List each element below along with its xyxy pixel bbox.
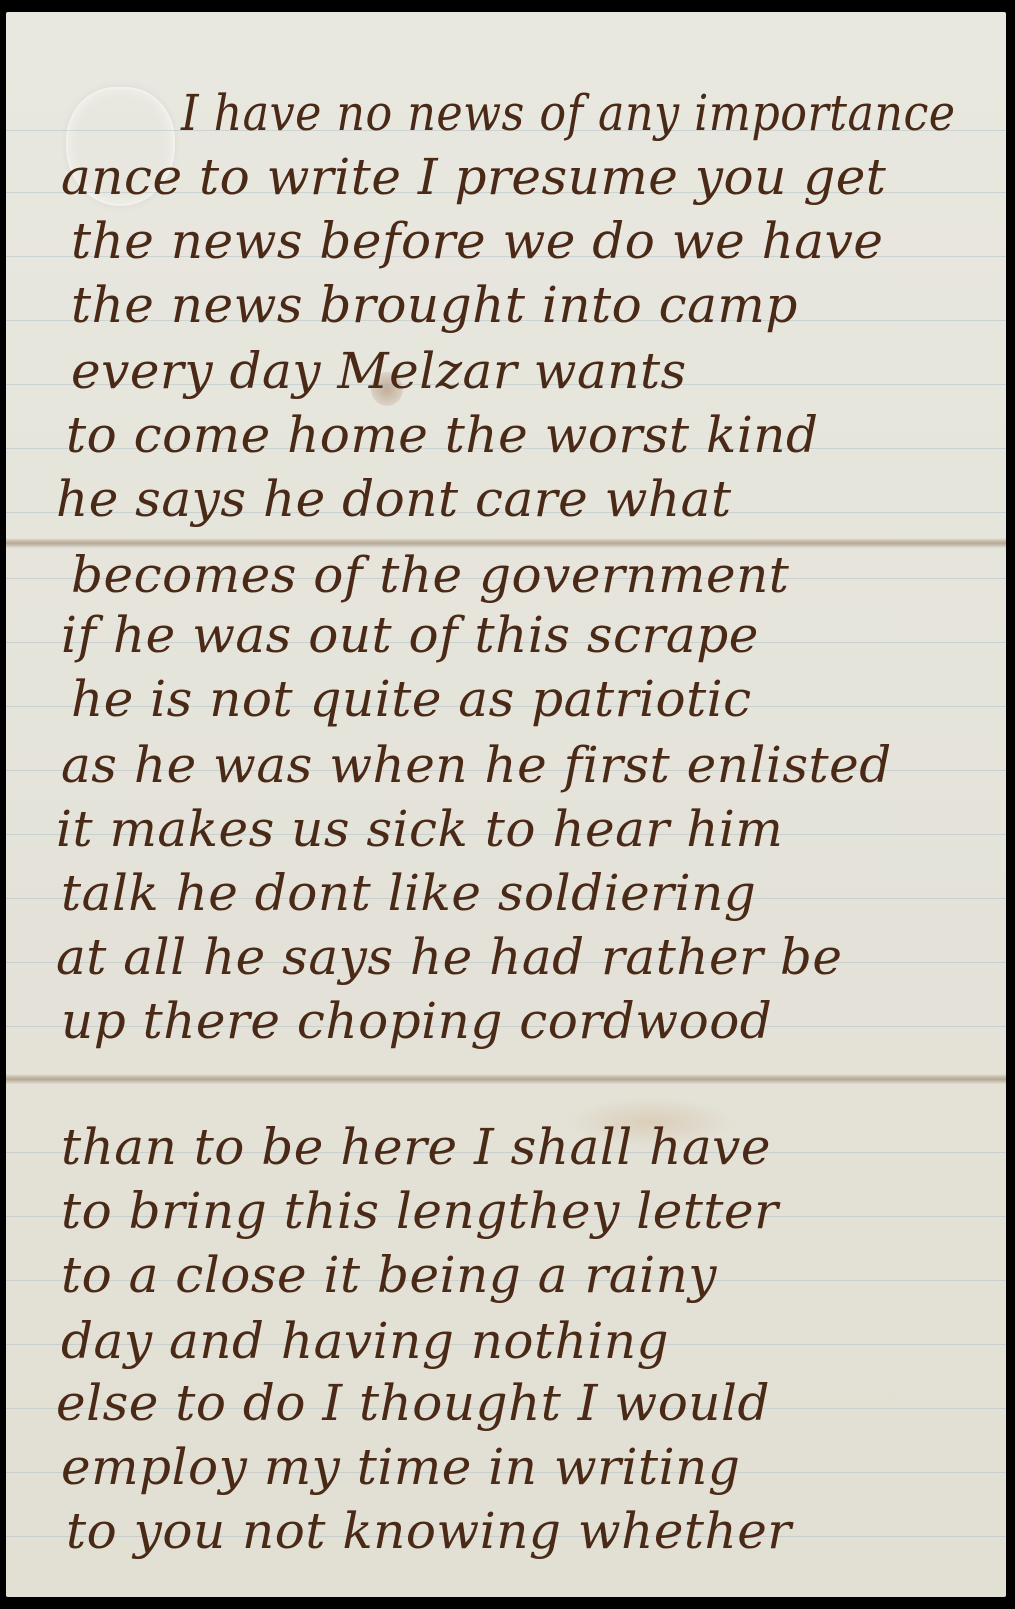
text-line: he is not quite as patriotic	[71, 674, 752, 724]
text-line: to you not knowing whether	[66, 1506, 792, 1556]
text-line: the news brought into camp	[71, 280, 798, 330]
text-line: if he was out of this scrape	[61, 610, 759, 660]
text-line: becomes of the government	[71, 550, 789, 600]
text-line: every day Melzar wants	[71, 346, 687, 396]
text-line: ance to write I presume you get	[61, 152, 886, 202]
text-line: talk he dont like soldiering	[61, 868, 756, 918]
text-line: than to be here I shall have	[61, 1122, 771, 1172]
text-line: it makes us sick to hear him	[56, 804, 783, 854]
text-line: he says he dont care what	[56, 474, 732, 524]
text-line: to bring this lengthey letter	[61, 1186, 779, 1236]
text-line: to a close it being a rainy	[61, 1250, 717, 1300]
text-line: at all he says he had rather be	[56, 932, 843, 982]
text-line: day and having nothing	[61, 1316, 669, 1366]
text-line: else to do I thought I would	[56, 1378, 770, 1428]
letter-page: I have no news of any importance ance to…	[6, 12, 1006, 1597]
text-line: to come home the worst kind	[66, 410, 819, 460]
text-line: the news before we do we have	[71, 216, 883, 266]
fold-crease	[6, 1074, 1006, 1084]
text-line: up there choping cordwood	[61, 996, 772, 1046]
text-line: I have no news of any importance	[181, 88, 956, 138]
text-line: as he was when he first enlisted	[61, 740, 892, 790]
text-line: employ my time in writing	[61, 1442, 740, 1492]
